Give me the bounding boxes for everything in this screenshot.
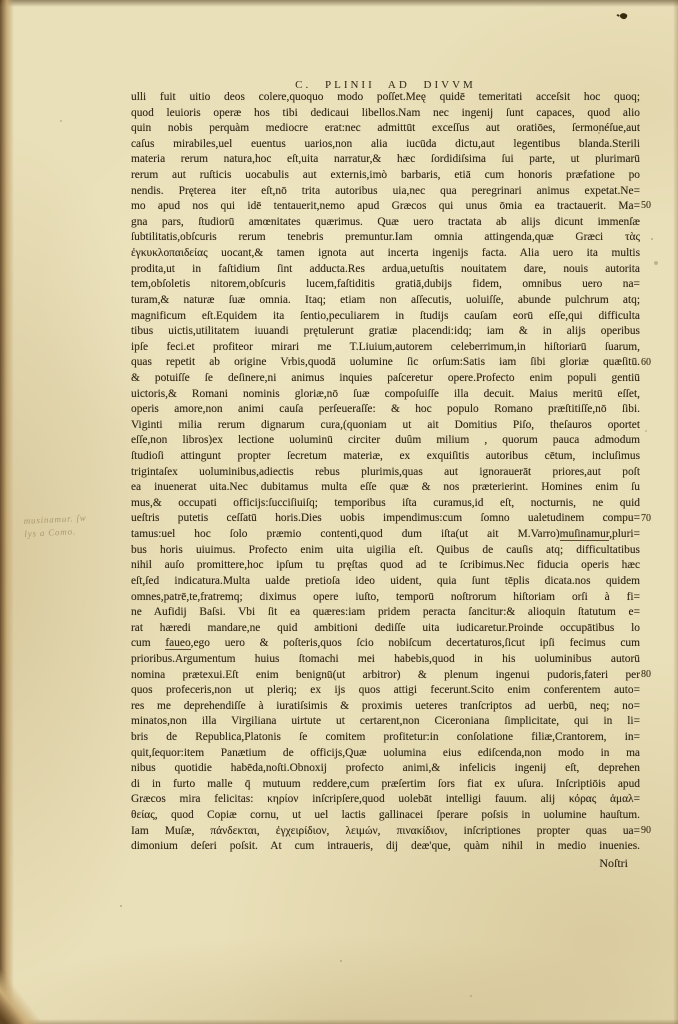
text-line: tibus uictis,utilitatem iuuandi prętuler… (131, 324, 640, 340)
text-line: ἐγκυκλοπαιδείας uocant,& tamen ignota au… (131, 246, 640, 262)
text-line: quin nobis perquàm mediocre erat:nec adm… (131, 121, 640, 137)
page-top-shadow (0, 0, 678, 7)
text-line: dimonium deſeri poſsit. At cum intraueri… (131, 839, 640, 855)
margin-number: 50 (641, 200, 667, 211)
text-line: nihil auſo promittere,hoc ipſum tu pręſt… (131, 558, 640, 574)
text-line: rat hæredi mandare,ne quid ambitioni ded… (131, 621, 640, 637)
text-line: nibus quotidie habēda,noſti.Obnoxij prof… (131, 761, 640, 777)
book-page-scan: C. PLINII AD DIVVM ulli fuit uitio deos … (0, 0, 678, 1024)
marginalia-note: musinamur. ſw lys a Como. (23, 509, 136, 541)
text-line: prodita,ut in faſtidium ſint adducta.Res… (131, 262, 640, 278)
text-block: ulli fuit uitio deos colere,quoquo modo … (131, 90, 640, 855)
text-line: quos profeceris,non ut pleriq; ex ijs qu… (131, 683, 640, 699)
text-line: bus horis uiuimus. Profecto enim uita ui… (131, 543, 640, 559)
text-line: Græcos mira felicitas: κηρίον inſcripſer… (131, 792, 640, 808)
text-line: mo apud nos qui idē tentauerit,nemo apud… (131, 199, 640, 215)
text-line: rerum aut ruſticis uocabulis aut externi… (131, 168, 640, 184)
text-line: tem,obſoletis nitorem,obſcuris lucem,faſ… (131, 277, 640, 293)
text-line: ulli fuit uitio deos colere,quoquo modo … (131, 90, 640, 106)
margin-number: 80 (641, 669, 667, 680)
page-corner-curl (0, 970, 64, 1024)
text-line: nomina prætexui.Eſt enim benignū(ut arbi… (131, 668, 640, 684)
text-line: mus,& occupati officijs:ſucciſiuiſq; tem… (131, 496, 640, 512)
text-line: ſubtilitatis,obſcuris rerum tenebris pre… (131, 230, 640, 246)
text-line: quod leuioris operæ hos tibi dedicaui li… (131, 106, 640, 122)
margin-number: 90 (641, 825, 667, 836)
text-line: ipſe feci.et profiteor mirari me T.Liuiu… (131, 340, 640, 356)
ink-blot (619, 12, 628, 21)
text-line: nendis. Pręterea iter eſt,nō trita autor… (131, 184, 640, 200)
text-line: bris de Republica,Platonis ſe comitem pr… (131, 730, 640, 746)
page-right-shadow (673, 0, 678, 1024)
text-line: ea inuenerat uita.Nec dubitamus multa eſ… (131, 480, 640, 496)
text-line: θείας, quod Copiæ cornu, ut uel lactis g… (131, 808, 640, 824)
text-line: tamus:uel hoc ſolo præmio contenti,quod … (131, 527, 640, 543)
text-line: trigintaſex uoluminibus,adiectis rebus p… (131, 465, 640, 481)
text-line: minatos,non illa Virgiliana uirtute ut c… (131, 714, 640, 730)
text-line: ne Aufidij Baſsi. Vbi ſit ea quæres:iam … (131, 605, 640, 621)
text-line: Iam Muſæ, πάνδεκται, ἐγχειρίδιον, λειμών… (131, 824, 640, 840)
text-line: quit,ſequor:item Panætium de officijs,Qu… (131, 746, 640, 762)
text-line: caſus mirabiles,uel euentus uarios,non a… (131, 137, 640, 153)
text-line: turam,& naturæ ſuæ omnia. Itaq; etiam no… (131, 293, 640, 309)
text-line: magnificum eſt.Equidem ita ſentio,peculi… (131, 309, 640, 325)
text-line: operis amore,non animi cauſa perſeueraſſ… (131, 402, 640, 418)
text-line: prioribus.Argumentum huius ſtomachi mei … (131, 652, 640, 668)
foxing-specks (0, 0, 2, 2)
text-line: omnes,patrē,te,fratremq; diximus opere i… (131, 590, 640, 606)
text-line: Viginti milia rerum dignarum cura,(quoni… (131, 418, 640, 434)
book-gutter-edge (0, 0, 14, 1024)
text-line: materia rerum natura,hoc eſt,uita narrat… (131, 152, 640, 168)
text-line: di in furto malle q̄ mutuum reddere,cum … (131, 777, 640, 793)
manuscript-underline: muſinamur (560, 528, 610, 541)
catchword: Noſtri (131, 856, 628, 871)
text-line: ſtudioſi attingunt propter ſecretum mate… (131, 449, 640, 465)
text-line: ueſtris putetis ceſſatū horis.Dies uobis… (131, 511, 640, 527)
text-line: eſſe,non libros)ex lectione uoluminū cir… (131, 433, 640, 449)
margin-number: 60 (641, 357, 667, 368)
text-line: quas repetit ab origine Vrbis,quodā uolu… (131, 355, 640, 371)
text-line: res me deprehendiſſe à iuratiſsimis & pr… (131, 699, 640, 715)
text-line: eſt,ſed indicatura.Multa ualde pretioſa … (131, 574, 640, 590)
manuscript-underline: faueo (165, 637, 190, 650)
text-line: & potuiſſe ſe deſinere,ni animus inquies… (131, 371, 640, 387)
page-bottom-shadow (0, 1019, 678, 1024)
text-line: uictoris,& Romani nominis gloriæ,nō ſuæ … (131, 387, 640, 403)
text-line: cum faueo,ego uero & poſteris,quos ſcio … (131, 636, 640, 652)
text-line: gna pars, ſtudiorū amœnitates quærimus. … (131, 215, 640, 231)
margin-number: 70 (641, 513, 667, 524)
